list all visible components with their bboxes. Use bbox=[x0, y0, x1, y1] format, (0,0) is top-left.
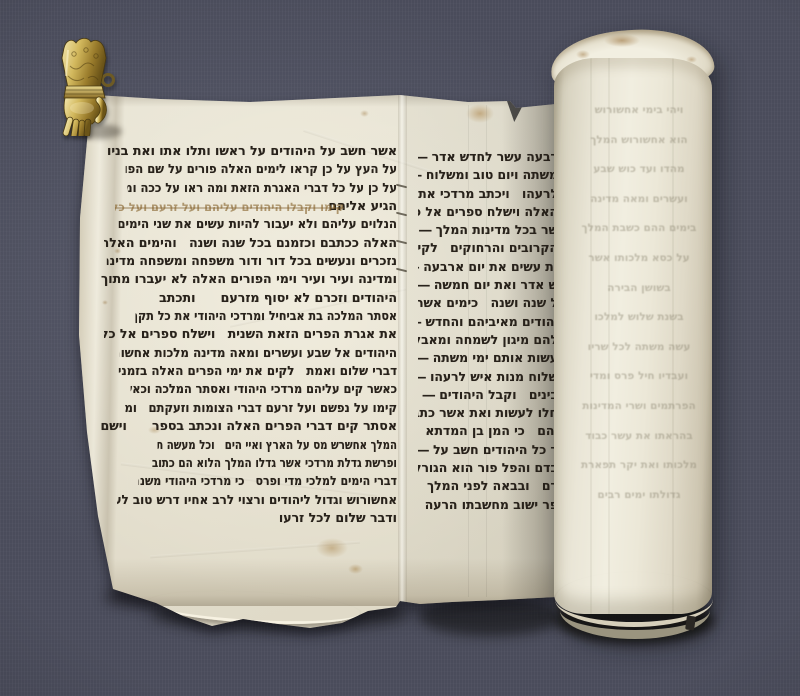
roll-cut-notch bbox=[685, 615, 696, 630]
text-line: מלכותו ואת יקר תפארת bbox=[572, 451, 706, 481]
stain bbox=[686, 56, 697, 63]
clasp-cuff-icon bbox=[62, 38, 106, 88]
text-line: בהראתו את עשר כבוד bbox=[572, 422, 706, 452]
text-line: מהדו ועד כוש שבע bbox=[572, 155, 706, 185]
roll-showthrough-text: ויהי בימי אחשורושהוא אחשורוש המלךמהדו וע… bbox=[572, 96, 706, 510]
text-line: ועשרים ומאה מדינה bbox=[572, 185, 706, 215]
text-line: ויהי בימי אחשורוש bbox=[572, 96, 706, 126]
stain bbox=[604, 34, 640, 47]
hand-clasp bbox=[50, 36, 118, 136]
text-line: בימים ההם כשבת המלך bbox=[572, 214, 706, 244]
text-line: גדולתו ימים רבים bbox=[572, 481, 706, 511]
clasp-wrist-band-icon bbox=[64, 86, 105, 98]
roll-inner-layer-edge bbox=[560, 582, 710, 639]
clasp-ring-icon bbox=[103, 75, 114, 86]
text-line: עשה משתה לכל שריו bbox=[572, 333, 706, 363]
photo-scene: אשר חשב על היהודים על ראשו ותלו אתו ואת … bbox=[0, 0, 800, 696]
stain bbox=[576, 50, 590, 59]
text-line: ועבדיו חיל פרס ומדי bbox=[572, 362, 706, 392]
roll-body: ויהי בימי אחשורושהוא אחשורוש המלךמהדו וע… bbox=[554, 58, 712, 614]
text-line: בשושן הבירה bbox=[572, 274, 706, 304]
text-line: על כסא מלכותו אשר bbox=[572, 244, 706, 274]
text-line: הפרתמים ושרי המדינות bbox=[572, 392, 706, 422]
text-line: הוא אחשורוש המלך bbox=[572, 126, 706, 156]
text-line: בשנת שלוש למלכו bbox=[572, 303, 706, 333]
rolled-scroll: ויהי בימי אחשורושהוא אחשורוש המלךמהדו וע… bbox=[0, 0, 800, 696]
